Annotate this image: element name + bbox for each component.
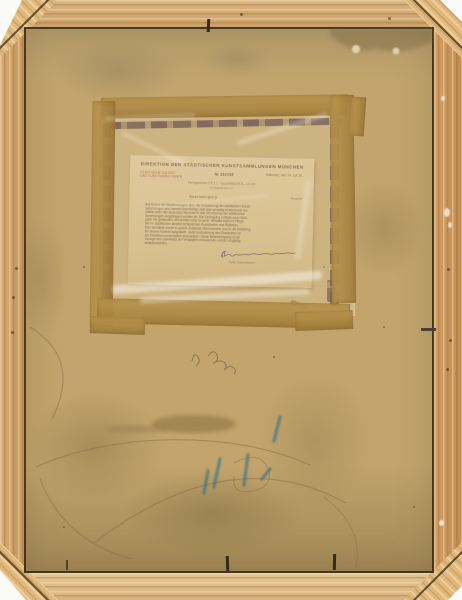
masking-tape-left — [90, 101, 116, 327]
nail-hole — [388, 17, 391, 20]
frame-bar-top — [0, 0, 462, 27]
nail-bottom-left — [226, 556, 230, 571]
blue-crayon-mark — [244, 455, 248, 485]
light-spot — [393, 48, 400, 55]
speck — [63, 526, 65, 528]
paint-speck — [448, 222, 452, 228]
nail-hole — [447, 268, 450, 271]
backing-chip — [330, 27, 434, 52]
masking-tape-scrap-bottom-left — [90, 316, 146, 335]
speck — [273, 356, 275, 358]
nail-right-side — [421, 328, 436, 331]
paint-speck — [444, 208, 450, 217]
frame-bar-right — [434, 0, 462, 600]
pencil-arc — [36, 440, 310, 467]
smudge-streak-tail — [104, 425, 168, 433]
nail-hole — [449, 339, 452, 342]
pencil-arc — [324, 497, 357, 567]
pencil-arc — [40, 479, 132, 559]
paint-speck — [441, 96, 445, 101]
blue-crayon-mark — [204, 471, 208, 493]
pencil-scribble — [192, 352, 236, 374]
speck — [83, 266, 85, 268]
nail-hole — [11, 331, 14, 334]
light-spot — [352, 45, 360, 53]
photo-of-frame-back: DIREKTION DER STÄDTISCHEN KUNSTSAMMLUNGE… — [0, 0, 462, 600]
nail-hole — [12, 296, 15, 299]
pencil-arc — [30, 327, 63, 419]
blue-crayon-mark — [274, 417, 280, 441]
masking-tape-scrap-bottom-right — [295, 310, 354, 331]
nail-hole — [240, 13, 243, 16]
frame-bar-bottom — [0, 573, 462, 600]
speck — [413, 506, 415, 508]
nail-bottom-far-left — [66, 560, 68, 570]
nail-bottom-right — [333, 554, 336, 570]
masking-tape-scrap-top-right — [349, 97, 367, 137]
frame-bar-left — [0, 0, 24, 600]
nail-hole — [15, 267, 18, 270]
paint-speck — [439, 520, 444, 526]
nail-hole — [446, 368, 449, 371]
pencil-arc — [94, 479, 346, 543]
staple-top — [207, 19, 210, 32]
speck — [383, 326, 385, 328]
